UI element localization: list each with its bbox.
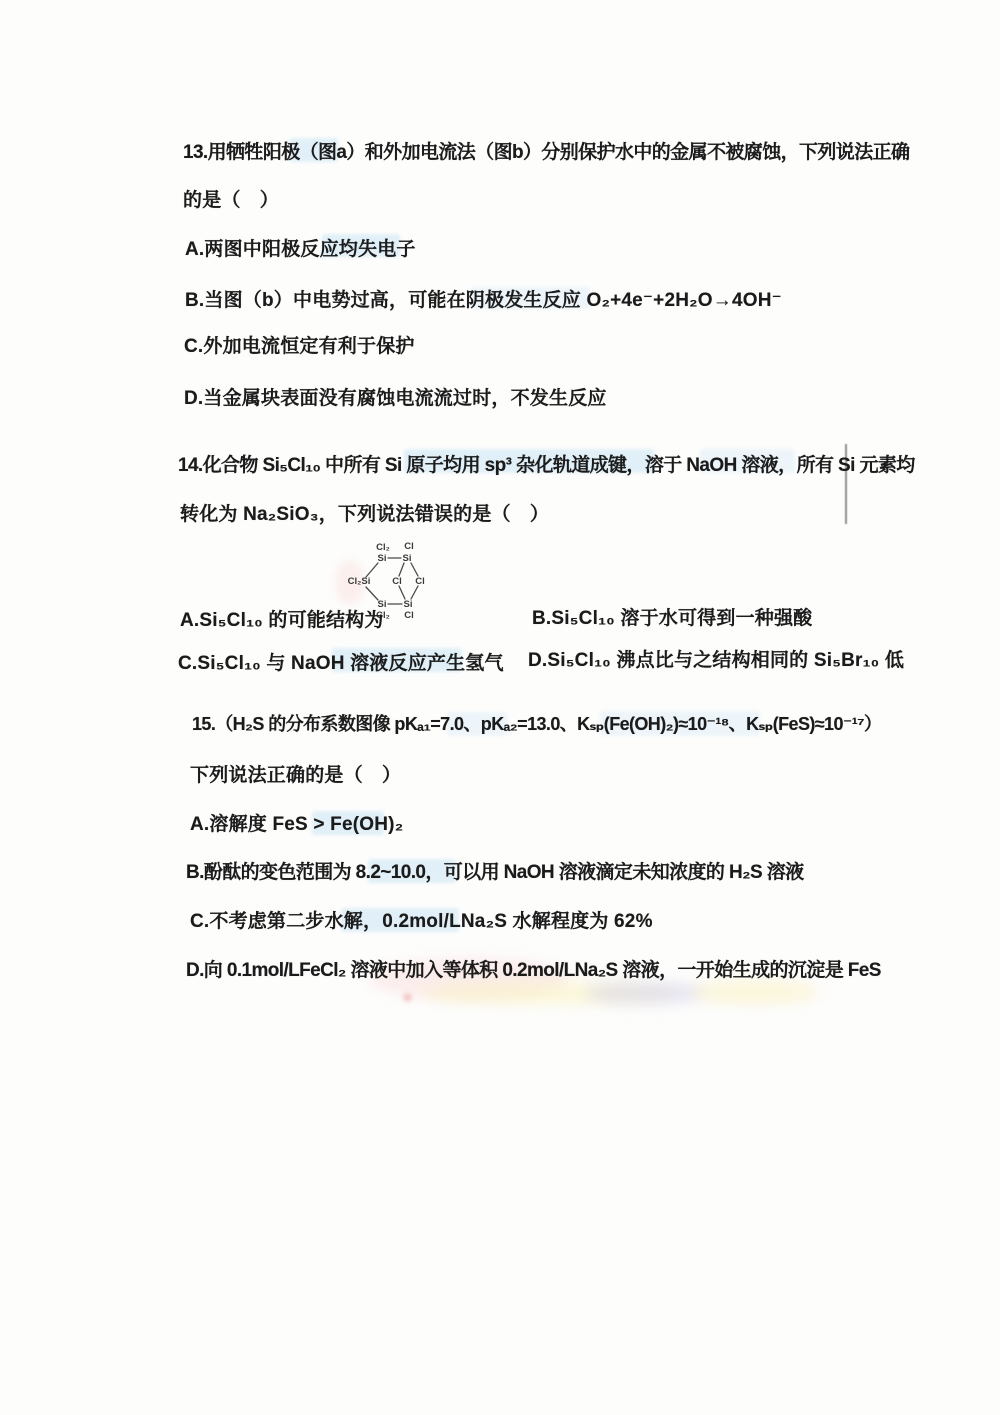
- question-13-line-2: 的是（ ）: [183, 185, 279, 212]
- atom-label: Si: [404, 599, 413, 610]
- question-15-option-a: A.溶解度 FeS > Fe(OH)₂: [190, 809, 403, 836]
- bond: [399, 586, 405, 599]
- atom-label: Cl₂Si: [348, 576, 371, 587]
- bond: [366, 587, 378, 600]
- question-15-option-c: C.不考虑第二步水解，0.2mol/LNa₂S 水解程度为 62%: [190, 906, 653, 933]
- atom-label: Si: [378, 553, 387, 564]
- question-15-line-2: 下列说法正确的是（ ）: [190, 760, 401, 787]
- atom-label: Cl: [404, 541, 414, 552]
- question-14-option-d: D.Si₅Cl₁₀ 沸点比与之结构相同的 Si₅Br₁₀ 低: [528, 645, 904, 672]
- question-14-option-a: A.Si₅Cl₁₀ 的可能结构为: [180, 605, 384, 632]
- bond: [399, 563, 404, 576]
- question-15-option-d: D.向 0.1mol/LFeCl₂ 溶液中加入等体积 0.2mol/LNa₂S …: [186, 955, 881, 982]
- question-13-option-b: B.当图（b）中电势过高，可能在阴极发生反应 O₂+4e⁻+2H₂O→4OH⁻: [185, 285, 782, 312]
- bond: [366, 563, 378, 577]
- question-13-option-d: D.当金属块表面没有腐蚀电流流过时，不发生反应: [184, 383, 607, 410]
- atom-label: Cl: [392, 576, 402, 587]
- question-13-option-a: A.两图中阳极反应均失电子: [185, 234, 416, 261]
- question-14-option-c: C.Si₅Cl₁₀ 与 NaOH 溶液反应产生氢气: [178, 648, 504, 675]
- bond: [411, 586, 418, 599]
- atom-label: Cl₂: [376, 542, 390, 553]
- question-14-line-1: 14.化合物 Si₅Cl₁₀ 中所有 Si 原子均用 sp³ 杂化轨道成键，溶于…: [178, 450, 915, 477]
- question-13-line-1: 13.用牺牲阳极（图a）和外加电流法（图b）分别保护水中的金属不被腐蚀，下列说法…: [183, 137, 909, 164]
- atom-label: Cl: [404, 610, 414, 621]
- question-14-option-b: B.Si₅Cl₁₀ 溶于水可得到一种强酸: [532, 603, 812, 630]
- question-15-option-b: B.酚酞的变色范围为 8.2~10.0，可以用 NaOH 溶液滴定未知浓度的 H…: [186, 857, 804, 884]
- atom-label: Si: [403, 553, 412, 564]
- atom-label: Cl: [415, 576, 425, 587]
- question-13-option-c: C.外加电流恒定有利于保护: [184, 331, 415, 358]
- question-14-line-2: 转化为 Na₂SiO₃，下列说法错误的是（ ）: [180, 499, 549, 526]
- scanned-exam-page: 13.用牺牲阳极（图a）和外加电流法（图b）分别保护水中的金属不被腐蚀，下列说法…: [0, 0, 1000, 1415]
- question-15-line-1: 15.（H₂S 的分布系数图像 pKₐ₁=7.0、pKₐ₂=13.0、Kₛₚ(F…: [192, 710, 881, 736]
- bond: [411, 563, 418, 576]
